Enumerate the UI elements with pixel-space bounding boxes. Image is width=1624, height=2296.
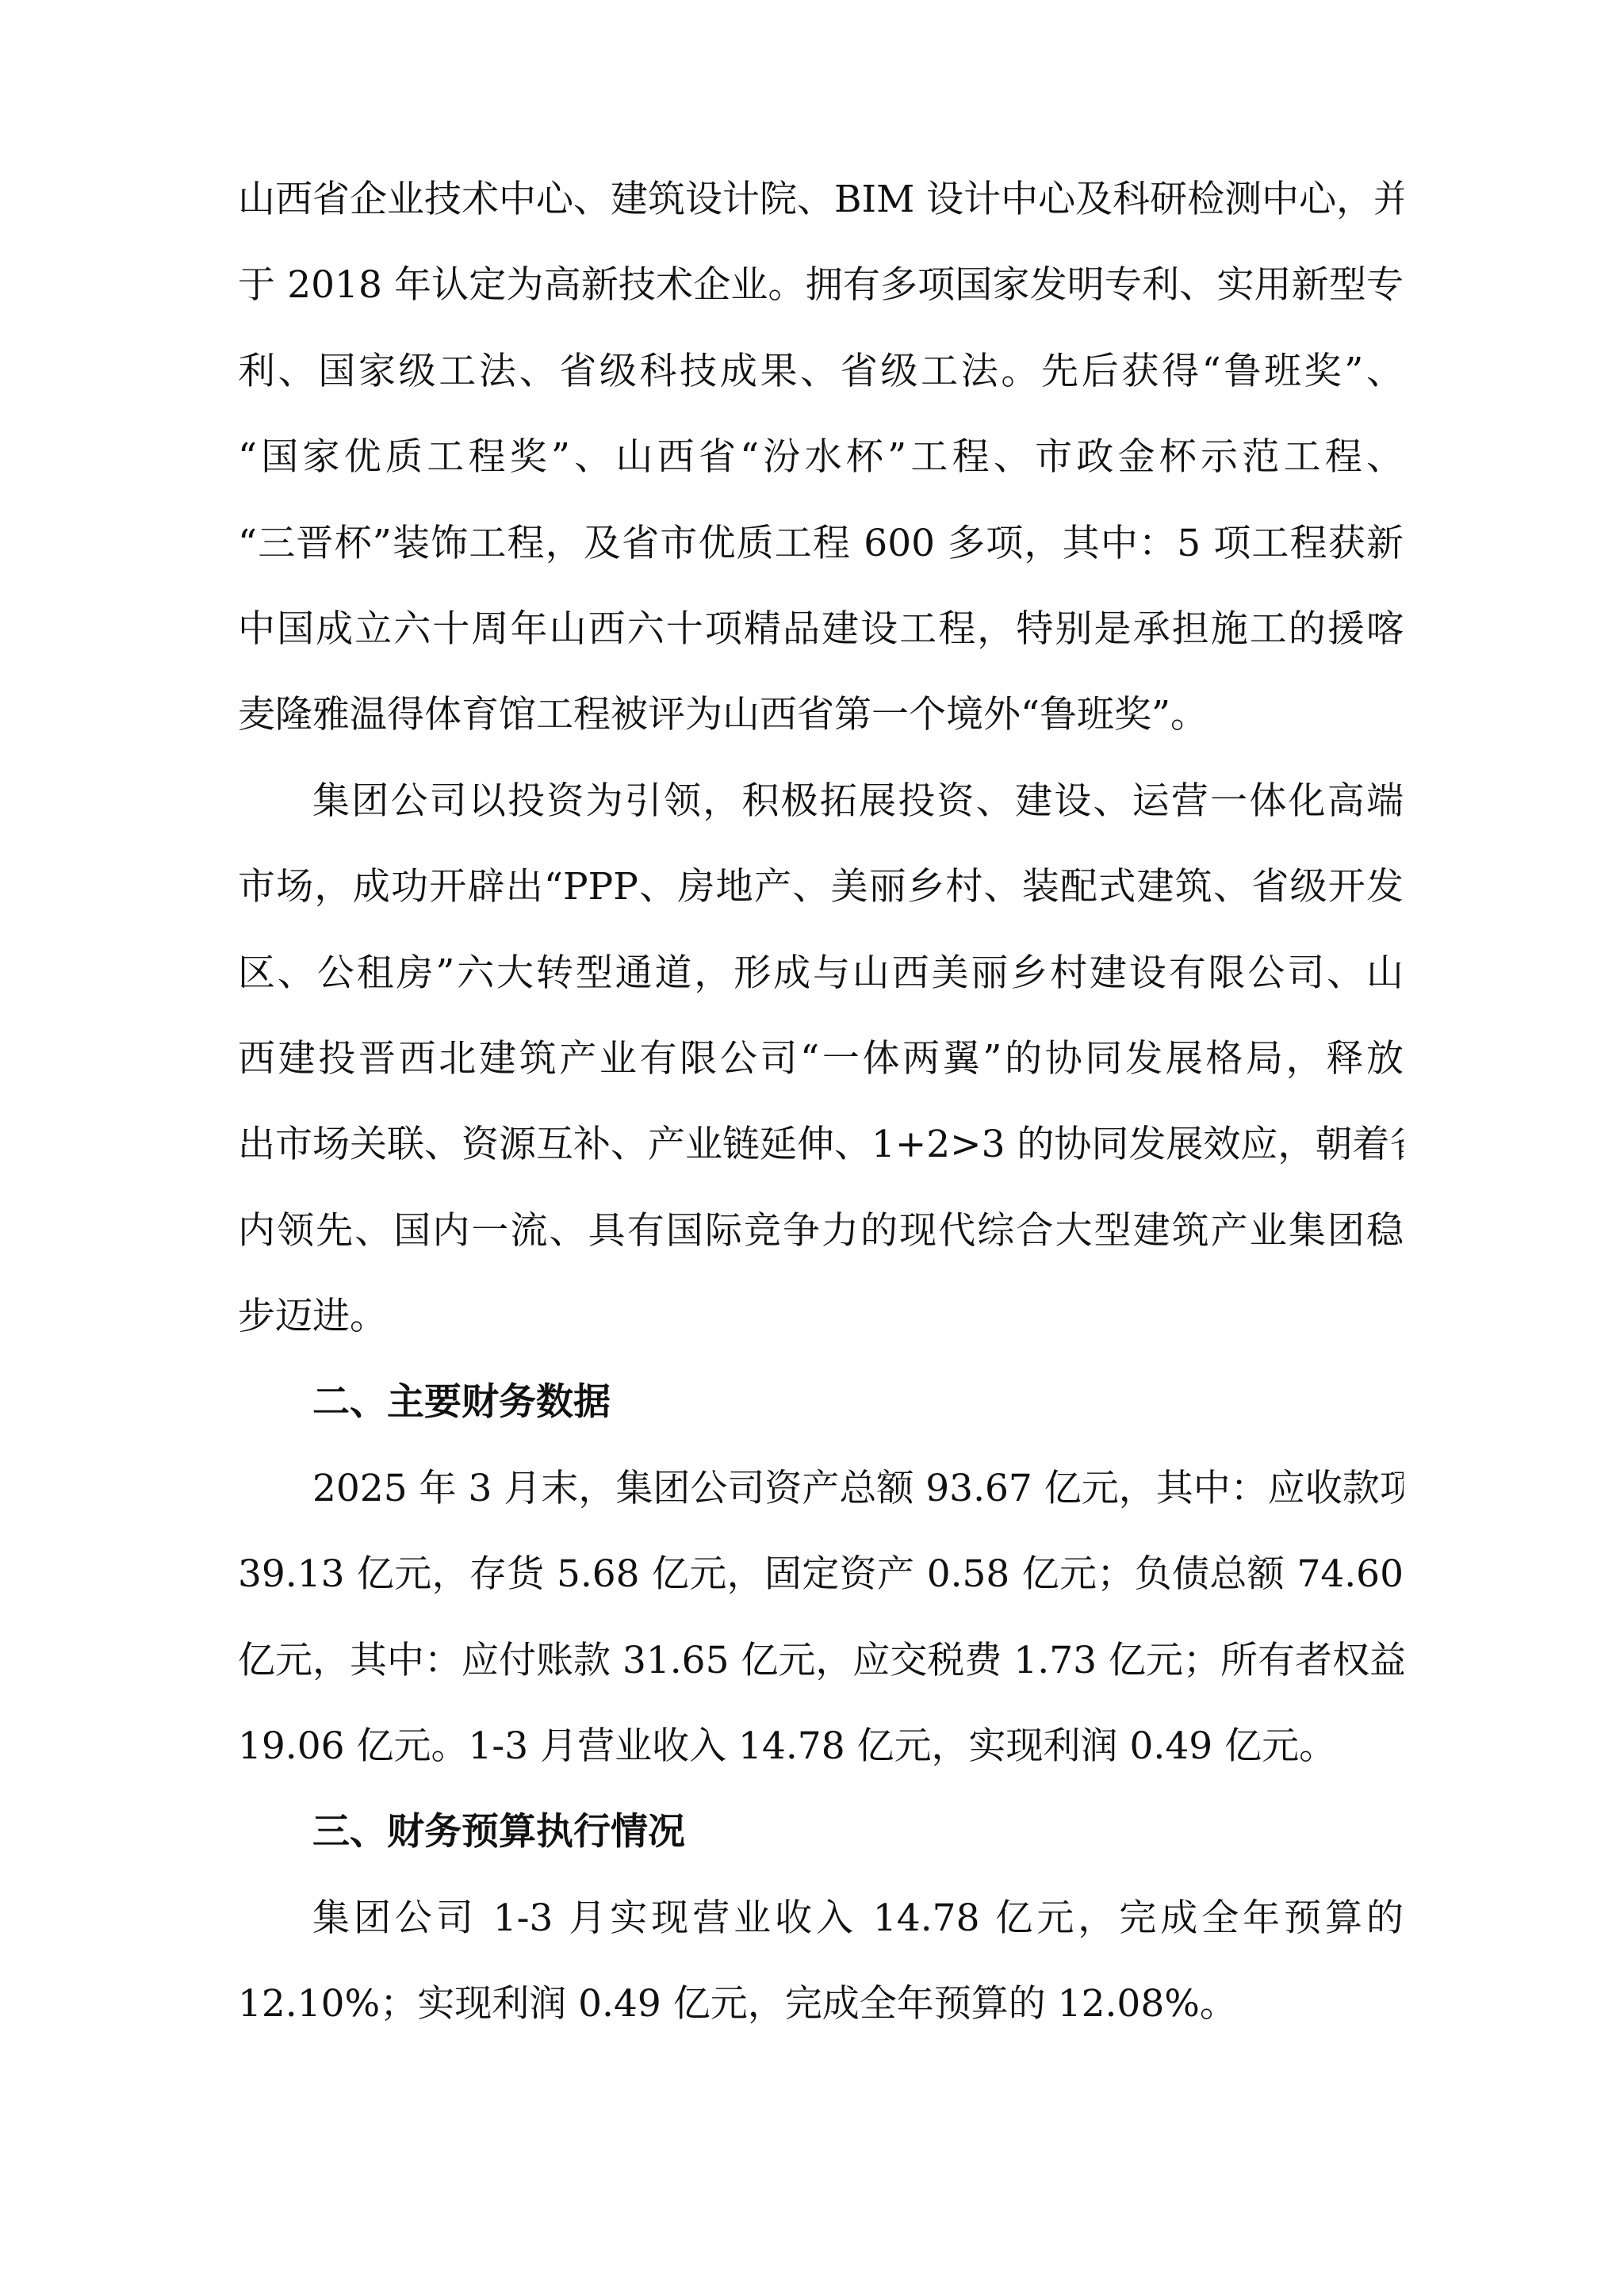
text-line: 19.06 亿元。1-3 月营业收入 14.78 亿元，实现利润 0.49 亿元…	[238, 1704, 1404, 1789]
text-line: 亿元，其中：应付账款 31.65 亿元，应交税费 1.73 亿元；所有者权益	[238, 1618, 1404, 1704]
text-line: 利、国家级工法、省级科技成果、省级工法。先后获得“鲁班奖”、	[238, 329, 1404, 415]
text-line: 西建投晋西北建筑产业有限公司“一体两翼”的协同发展格局，释放	[238, 1016, 1404, 1102]
document-page: 山西省企业技术中心、建筑设计院、BIM 设计中心及科研检测中心，并 于 2018…	[0, 0, 1624, 2296]
text-line: 中国成立六十周年山西六十项精品建设工程，特别是承担施工的援喀	[238, 587, 1404, 672]
text-line: 市场，成功开辟出“PPP、房地产、美丽乡村、装配式建筑、省级开发	[238, 844, 1404, 930]
section-heading-budget-execution: 三、财务预算执行情况	[238, 1789, 1404, 1875]
text-line: 内领先、国内一流、具有国际竞争力的现代综合大型建筑产业集团稳	[238, 1188, 1404, 1274]
text-line: “国家优质工程奖”、山西省“汾水杯”工程、市政金杯示范工程、	[238, 415, 1404, 500]
text-line: 于 2018 年认定为高新技术企业。拥有多项国家发明专利、实用新型专	[238, 243, 1404, 328]
document-body: 山西省企业技术中心、建筑设计院、BIM 设计中心及科研检测中心，并 于 2018…	[238, 157, 1404, 2048]
section-heading-financial-data: 二、主要财务数据	[238, 1360, 1404, 1445]
text-line: 集团公司 1-3 月实现营业收入 14.78 亿元，完成全年预算的	[238, 1876, 1404, 1961]
paragraph-financial-data: 2025 年 3 月末，集团公司资产总额 93.67 亿元，其中：应收款项 39…	[238, 1446, 1404, 1790]
text-line: 麦隆雅温得体育馆工程被评为山西省第一个境外“鲁班奖”。	[238, 672, 1404, 758]
text-line: 山西省企业技术中心、建筑设计院、BIM 设计中心及科研检测中心，并	[238, 157, 1404, 243]
text-line: 集团公司以投资为引领，积极拓展投资、建设、运营一体化高端	[238, 759, 1404, 844]
text-line: 出市场关联、资源互补、产业链延伸、1+2>3 的协同发展效应，朝着省	[238, 1102, 1404, 1188]
text-line: 39.13 亿元，存货 5.68 亿元，固定资产 0.58 亿元；负债总额 74…	[238, 1532, 1404, 1617]
text-line: 2025 年 3 月末，集团公司资产总额 93.67 亿元，其中：应收款项	[238, 1446, 1404, 1532]
text-line: 步迈进。	[238, 1274, 1404, 1360]
text-line: 12.10%；实现利润 0.49 亿元，完成全年预算的 12.08%。	[238, 1961, 1404, 2047]
paragraph-investment-strategy: 集团公司以投资为引领，积极拓展投资、建设、运营一体化高端 市场，成功开辟出“PP…	[238, 759, 1404, 1360]
text-line: “三晋杯”装饰工程，及省市优质工程 600 多项，其中：5 项工程获新	[238, 501, 1404, 587]
text-line: 区、公租房”六大转型通道，形成与山西美丽乡村建设有限公司、山	[238, 931, 1404, 1016]
paragraph-budget-execution: 集团公司 1-3 月实现营业收入 14.78 亿元，完成全年预算的 12.10%…	[238, 1876, 1404, 2048]
paragraph-company-honors: 山西省企业技术中心、建筑设计院、BIM 设计中心及科研检测中心，并 于 2018…	[238, 157, 1404, 759]
